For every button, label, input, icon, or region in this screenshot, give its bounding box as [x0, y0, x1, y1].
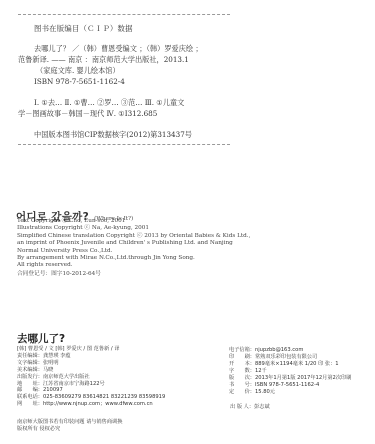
colophon-row-website: 网 址：http://www.njnup.com；www.dfww.com.cn [17, 401, 165, 408]
colophon-row-format: 开 本：889毫米×1194毫米 1/20 印 张：1 [229, 361, 351, 368]
colophon-footer: 南京师大版图书若有印装问题 请与销售商调换 版权所有 侵权必究 [17, 419, 122, 433]
colophon-row-word-count: 字 数：12千 [229, 368, 351, 375]
copyright-translation-1: Simplified Chinese translation Copyright… [17, 233, 250, 240]
copyright-illustrations: Illustrations Copyright ⓒ Na, Ae-kyung, … [17, 225, 250, 232]
credits-line: [韩] 曹恩受 / 文 [韩] 罗爱庆 / 图 范鲁新 / 译 [17, 346, 165, 353]
copyright-translation-2: an imprint of Phoenix Juvenile and Child… [17, 240, 250, 247]
cip-heading: 图书在版编目（ＣＩＰ）数据 [34, 23, 133, 34]
cip-number: 中国版本图书馆CIP数据核字(2012)第313437号 [34, 129, 192, 140]
footer-print-issues: 南京师大版图书若有印装问题 请与销售商调换 [17, 419, 122, 426]
copyright-block: Text Copyright ⓒ Cho, Eun-soo, 2001 Illu… [17, 218, 250, 278]
colophon-row-email: 电子信箱：njupzbb@163.com [229, 347, 351, 354]
cip-entry-line-1: 去哪儿了？ ／（韩）曹恩受编文 ；（韩）罗爱庆绘 ； [34, 43, 203, 54]
footer-rights-reserved: 版权所有 侵权必究 [17, 426, 122, 433]
colophon-right: 电子信箱：njupzbb@163.com 印 刷：常熟双乐彩印包装有限公司 开 … [229, 347, 351, 396]
copyright-arrangement: By arrangement with Mirae N.Co.,Ltd.thro… [17, 255, 250, 262]
cip-classification-line-1: Ⅰ. ①去… Ⅱ. ①曹… ②罗… ③范… Ⅲ. ①儿童文 [34, 97, 184, 108]
colophon-row-editor: 责任编辑：龚慧瑛 李蕴 [17, 353, 165, 360]
cip-top-divider [18, 14, 230, 15]
colophon-row-edition: 版 次：2013年1月第1版 2017年12月第2次印刷 [229, 375, 351, 382]
cip-series: （家庭文库. 婴儿绘本馆） [36, 65, 120, 76]
cip-bottom-divider [18, 144, 230, 145]
colophon-row-art-editor: 美术编辑：马晓 [17, 367, 165, 374]
cip-classification-line-2: 学－图画故事－韩国－现代 Ⅳ. ①I312.685 [18, 108, 157, 119]
contract-registration: 合同登记号：图字10-2012-64号 [17, 271, 250, 278]
colophon-row-price: 定 价：15.80元 [229, 389, 351, 396]
colophon-row-publisher: 出版发行：南京师范大学出版社 [17, 374, 165, 381]
copyright-translation-3: Normal University Press Co.,Ltd. [17, 248, 250, 255]
colophon-publisher-person: 出 版 人：彭志斌 [230, 404, 270, 411]
colophon-row-printer: 印 刷：常熟双乐彩印包装有限公司 [229, 354, 351, 361]
cip-entry-line-2: 范鲁新译. —— 南京 ：南京师范大学出版社，2013.1 [18, 54, 189, 65]
copyright-rights: All rights reserved. [17, 262, 250, 269]
colophon-left: [韩] 曹恩受 / 文 [韩] 罗爱庆 / 图 范鲁新 / 译 责任编辑：龚慧瑛… [17, 346, 165, 408]
book-title: 去哪儿了? [17, 331, 65, 346]
colophon-row-text-editor: 文字编辑：张明明 [17, 360, 165, 367]
colophon-row-isbn: 书 号：ISBN 978-7-5651-1162-4 [229, 382, 351, 389]
cip-isbn: ISBN 978-7-5651-1162-4 [34, 76, 125, 87]
